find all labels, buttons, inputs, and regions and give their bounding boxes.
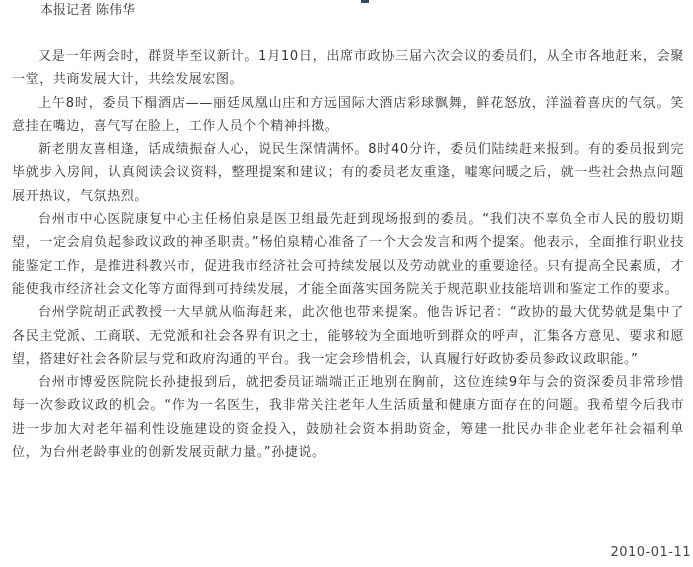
byline: 本报记者 陈伟华 (40, 2, 135, 20)
paragraph-4: 台州市中心医院康复中心主任杨伯泉是医卫组最先赶到现场报到的委员。“我们决不辜负全… (12, 208, 684, 301)
top-edge-mark (361, 0, 369, 3)
paragraph-6: 台州市博爱医院院长孙捷报到后，就把委员证端端正正地别在胸前，这位连续9年与会的资… (12, 371, 684, 464)
paragraph-5: 台州学院胡正武教授一大早就从临海赶来，此次他也带来提案。他告诉记者：“政协的最大… (12, 301, 684, 371)
article-body: 又是一年两会时，群贤毕至议新计。1月10日，出席市政协三届六次会议的委员们，从全… (12, 45, 684, 464)
paragraph-3: 新老朋友喜相逢，话成绩振奋人心，说民生深情满怀。8时40分许，委员们陆续赶来报到… (12, 138, 684, 208)
paragraph-2: 上午8时，委员下榻酒店——丽廷凤凰山庄和方远国际大酒店彩球飘舞，鲜花怒放，洋溢着… (12, 92, 684, 139)
publish-date: 2010-01-11 (610, 544, 691, 562)
paragraph-1: 又是一年两会时，群贤毕至议新计。1月10日，出席市政协三届六次会议的委员们，从全… (12, 45, 684, 92)
